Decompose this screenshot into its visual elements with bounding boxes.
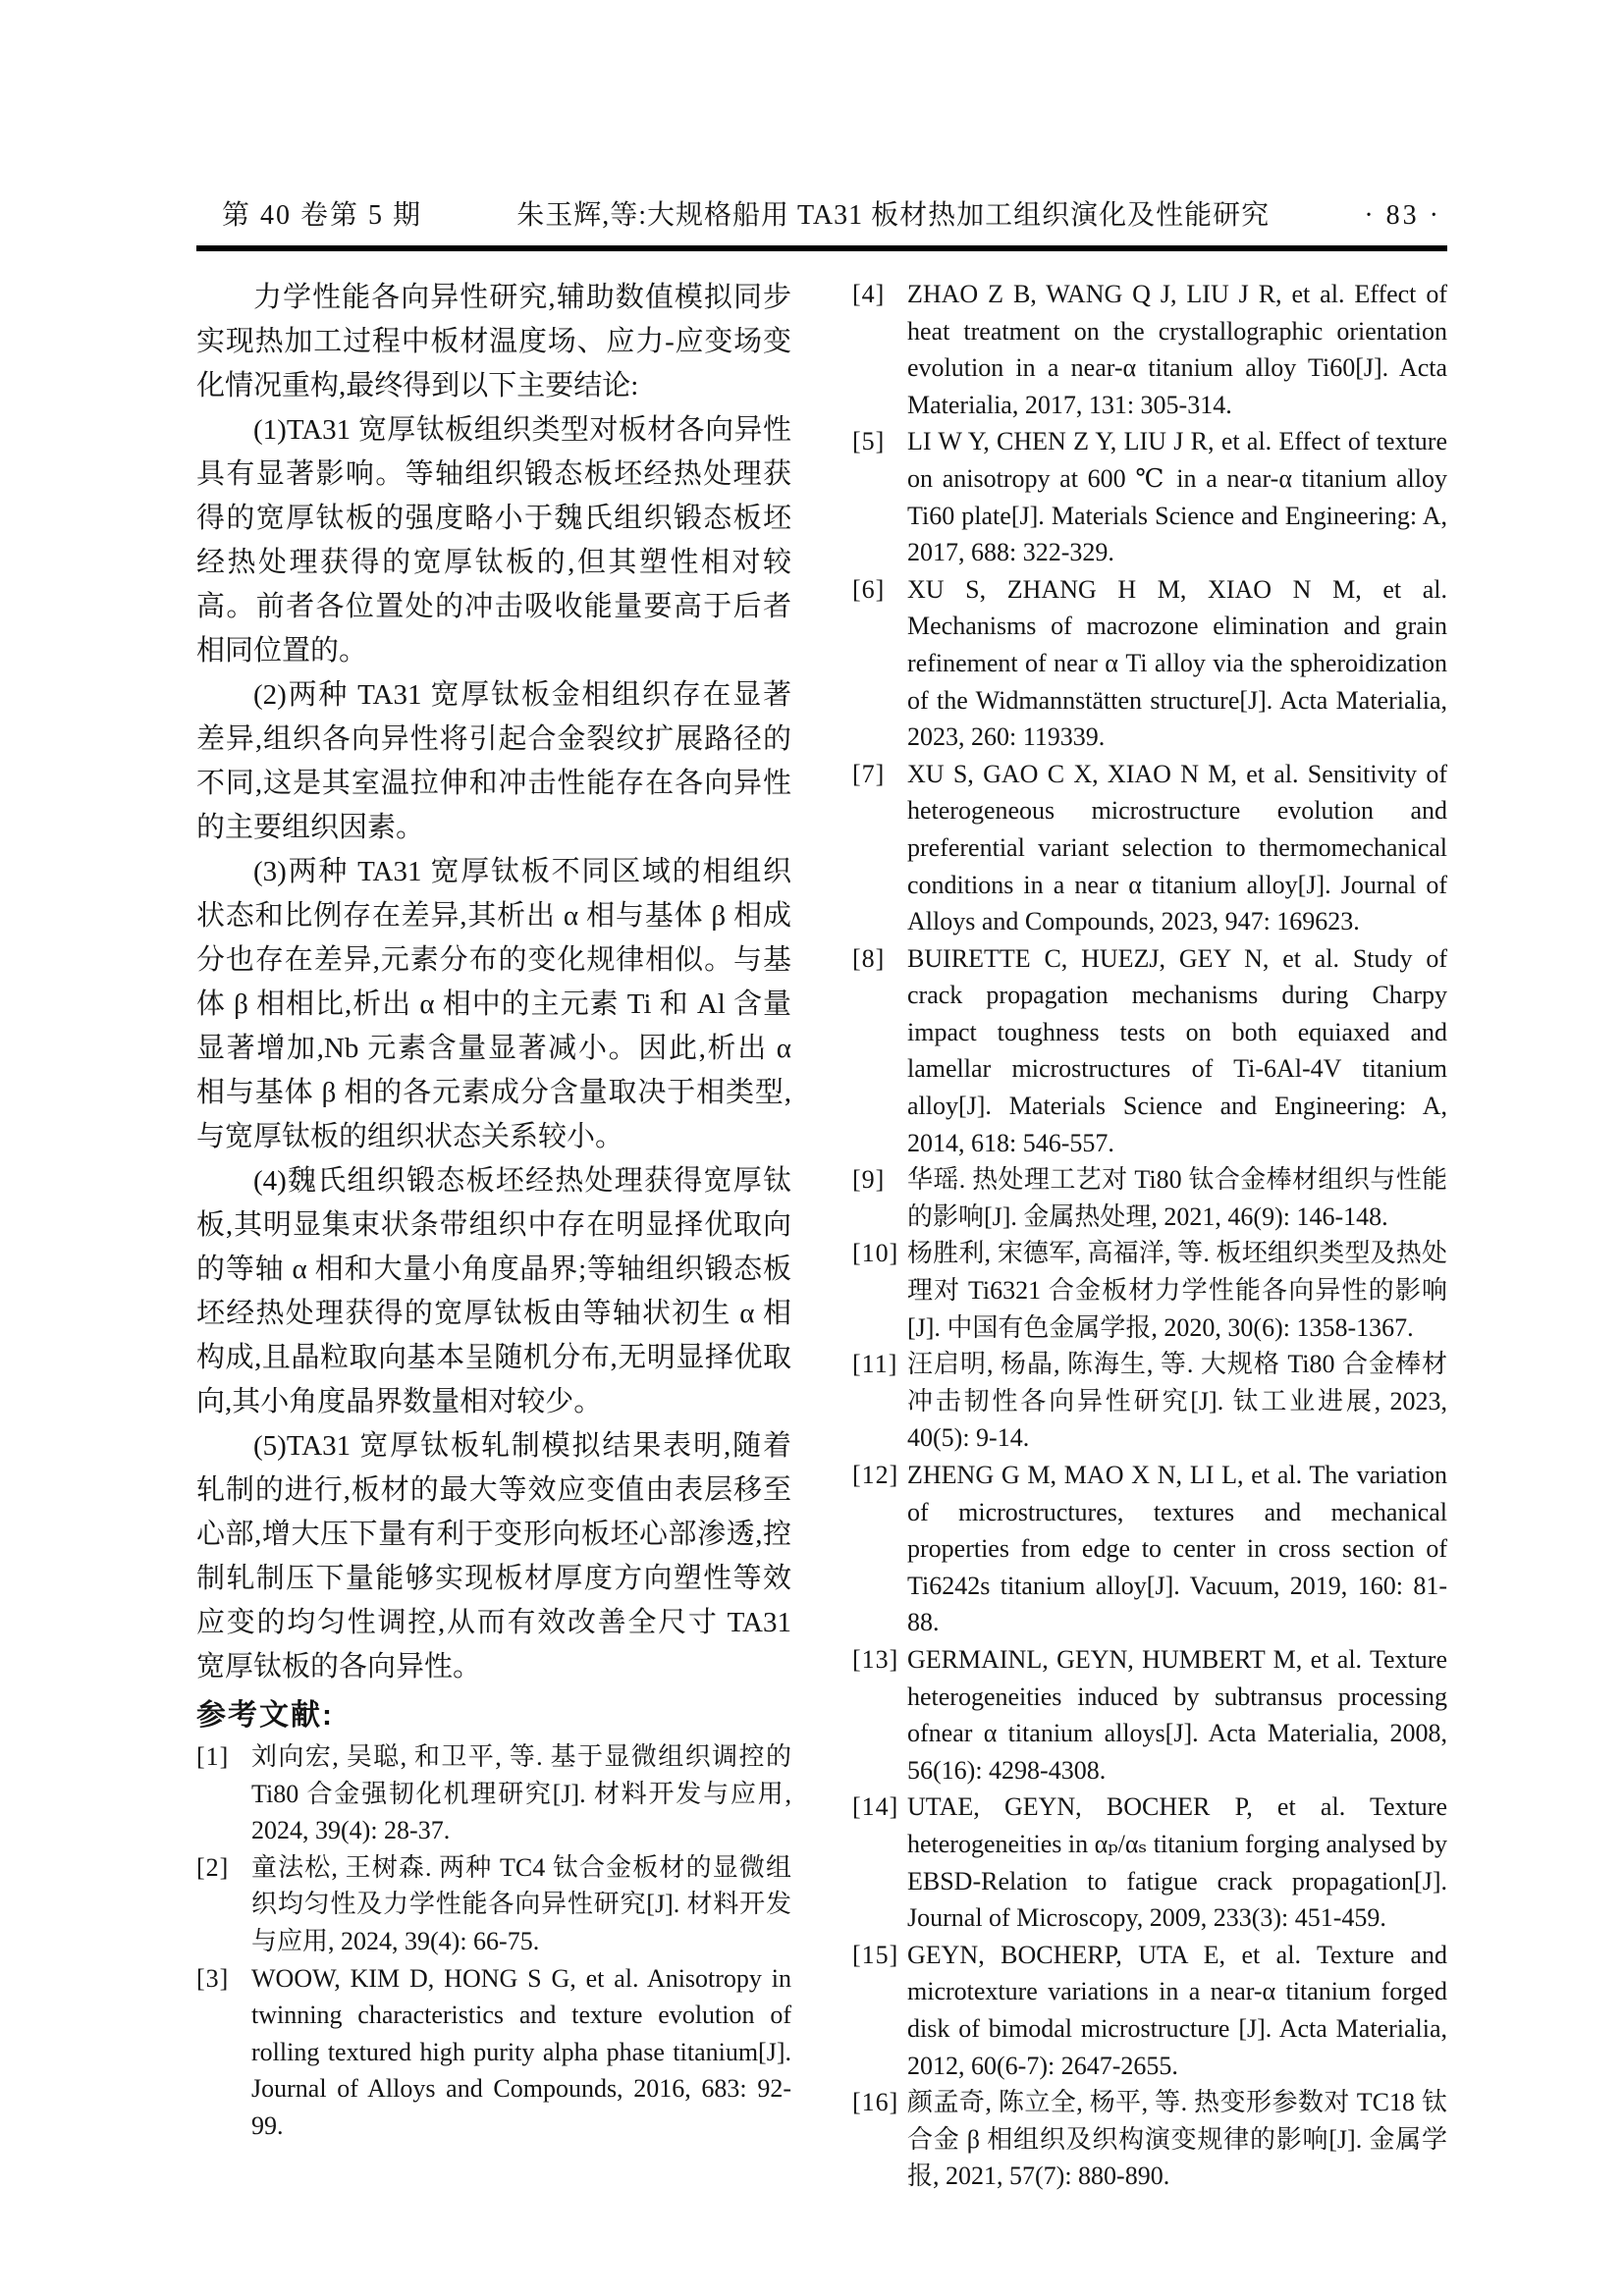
reference-text: BUIRETTE C, HUEZJ, GEY N, et al. Study o…: [907, 944, 1447, 1157]
reference-entry: [1] 刘向宏, 吴聪, 和卫平, 等. 基于显微组织调控的 Ti80 合金强韧…: [196, 1738, 791, 1849]
reference-number: [5]: [852, 423, 885, 460]
reference-number: [6]: [852, 571, 885, 609]
reference-text: 华瑶. 热处理工艺对 Ti80 钛合金棒材组织与性能的影响[J]. 金属热处理,…: [907, 1165, 1447, 1231]
reference-number: [15]: [852, 1937, 898, 1974]
reference-entry: [9] 华瑶. 热处理工艺对 Ti80 钛合金棒材组织与性能的影响[J]. 金属…: [852, 1161, 1447, 1235]
reference-number: [14]: [852, 1789, 898, 1826]
reference-entry: [15] GEYN, BOCHERP, UTA E, et al. Textur…: [852, 1937, 1447, 2084]
references-list-left: [1] 刘向宏, 吴聪, 和卫平, 等. 基于显微组织调控的 Ti80 合金强韧…: [196, 1738, 791, 2145]
reference-text: 童法松, 王树森. 两种 TC4 钛合金板材的显微组织均匀性及力学性能各向异性研…: [251, 1853, 791, 1955]
references-heading: 参考文献:: [196, 1693, 791, 1738]
reference-entry: [8] BUIRETTE C, HUEZJ, GEY N, et al. Stu…: [852, 940, 1447, 1162]
reference-text: XU S, ZHANG H M, XIAO N M, et al. Mechan…: [907, 575, 1447, 751]
reference-number: [12]: [852, 1457, 898, 1494]
reference-text: GERMAINL, GEYN, HUMBERT M, et al. Textur…: [907, 1645, 1447, 1785]
reference-entry: [16] 颜孟奇, 陈立全, 杨平, 等. 热变形参数对 TC18 钛合金 β …: [852, 2084, 1447, 2195]
reference-number: [4]: [852, 276, 885, 313]
conclusions-paragraphs: 力学性能各向异性研究,辅助数值模拟同步实现热加工过程中板材温度场、应力-应变场变…: [196, 276, 791, 1689]
reference-text: ZHAO Z B, WANG Q J, LIU J R, et al. Effe…: [907, 280, 1447, 419]
reference-text: WOOW, KIM D, HONG S G, et al. Anisotropy…: [251, 1964, 791, 2140]
reference-number: [2]: [196, 1849, 229, 1887]
body-paragraph: (1)TA31 宽厚钛板组织类型对板材各向异性具有显著影响。等轴组织锻态板坯经热…: [196, 408, 791, 673]
right-column: [4] ZHAO Z B, WANG Q J, LIU J R, et al. …: [852, 276, 1447, 2195]
reference-entry: [5] LI W Y, CHEN Z Y, LIU J R, et al. Ef…: [852, 423, 1447, 570]
reference-text: XU S, GAO C X, XIAO N M, et al. Sensitiv…: [907, 760, 1447, 935]
reference-number: [8]: [852, 940, 885, 978]
body-paragraph: (4)魏氏组织锻态板坯经热处理获得宽厚钛板,其明显集束状条带组织中存在明显择优取…: [196, 1159, 791, 1424]
reference-entry: [14] UTAE, GEYN, BOCHER P, et al. Textur…: [852, 1789, 1447, 1936]
left-column: 力学性能各向异性研究,辅助数值模拟同步实现热加工过程中板材温度场、应力-应变场变…: [196, 276, 791, 2195]
body-paragraph: 力学性能各向异性研究,辅助数值模拟同步实现热加工过程中板材温度场、应力-应变场变…: [196, 276, 791, 408]
reference-text: 颜孟奇, 陈立全, 杨平, 等. 热变形参数对 TC18 钛合金 β 相组织及织…: [907, 2088, 1447, 2190]
reference-number: [10]: [852, 1235, 898, 1272]
reference-number: [9]: [852, 1161, 885, 1199]
reference-number: [11]: [852, 1346, 897, 1383]
reference-number: [7]: [852, 756, 885, 793]
two-column-body: 力学性能各向异性研究,辅助数值模拟同步实现热加工过程中板材温度场、应力-应变场变…: [196, 276, 1447, 2195]
reference-text: ZHENG G M, MAO X N, LI L, et al. The var…: [907, 1461, 1447, 1636]
reference-entry: [3] WOOW, KIM D, HONG S G, et al. Anisot…: [196, 1960, 791, 2145]
reference-entry: [12] ZHENG G M, MAO X N, LI L, et al. Th…: [852, 1457, 1447, 1641]
body-paragraph: (5)TA31 宽厚钛板轧制模拟结果表明,随着轧制的进行,板材的最大等效应变值由…: [196, 1424, 791, 1689]
running-title: 朱玉辉,等:大规格船用 TA31 板材热加工组织演化及性能研究: [516, 196, 1270, 236]
journal-page: 第 40 卷第 5 期 朱玉辉,等:大规格船用 TA31 板材热加工组织演化及性…: [0, 0, 1624, 2296]
body-paragraph: (3)两种 TA31 宽厚钛板不同区域的相组织状态和比例存在差异,其析出 α 相…: [196, 850, 791, 1159]
reference-text: 刘向宏, 吴聪, 和卫平, 等. 基于显微组织调控的 Ti80 合金强韧化机理研…: [251, 1742, 791, 1844]
reference-entry: [13] GERMAINL, GEYN, HUMBERT M, et al. T…: [852, 1641, 1447, 1789]
reference-number: [13]: [852, 1641, 898, 1679]
reference-entry: [10] 杨胜利, 宋德军, 高福洋, 等. 板坯组织类型及热处理对 Ti632…: [852, 1235, 1447, 1346]
reference-entry: [4] ZHAO Z B, WANG Q J, LIU J R, et al. …: [852, 276, 1447, 423]
references-list-right: [4] ZHAO Z B, WANG Q J, LIU J R, et al. …: [852, 276, 1447, 2195]
reference-number: [3]: [196, 1960, 229, 1998]
reference-text: 杨胜利, 宋德军, 高福洋, 等. 板坯组织类型及热处理对 Ti6321 合金板…: [907, 1239, 1447, 1341]
page-number: · 83 ·: [1364, 196, 1447, 236]
reference-entry: [2] 童法松, 王树森. 两种 TC4 钛合金板材的显微组织均匀性及力学性能各…: [196, 1849, 791, 1960]
reference-text: LI W Y, CHEN Z Y, LIU J R, et al. Effect…: [907, 427, 1447, 566]
reference-entry: [11] 汪启明, 杨晶, 陈海生, 等. 大规格 Ti80 合金棒材冲击韧性各…: [852, 1346, 1447, 1457]
reference-text: 汪启明, 杨晶, 陈海生, 等. 大规格 Ti80 合金棒材冲击韧性各向异性研究…: [907, 1350, 1447, 1452]
reference-text: GEYN, BOCHERP, UTA E, et al. Texture and…: [907, 1941, 1447, 2080]
page-header: 第 40 卷第 5 期 朱玉辉,等:大规格船用 TA31 板材热加工组织演化及性…: [196, 196, 1447, 236]
body-paragraph: (2)两种 TA31 宽厚钛板金相组织存在显著差异,组织各向异性将引起合金裂纹扩…: [196, 673, 791, 850]
header-rule: [196, 245, 1447, 251]
reference-number: [1]: [196, 1738, 229, 1776]
reference-entry: [6] XU S, ZHANG H M, XIAO N M, et al. Me…: [852, 571, 1447, 756]
reference-entry: [7] XU S, GAO C X, XIAO N M, et al. Sens…: [852, 756, 1447, 940]
volume-issue: 第 40 卷第 5 期: [196, 196, 422, 236]
reference-number: [16]: [852, 2084, 898, 2121]
reference-text: UTAE, GEYN, BOCHER P, et al. Texture het…: [907, 1792, 1447, 1932]
